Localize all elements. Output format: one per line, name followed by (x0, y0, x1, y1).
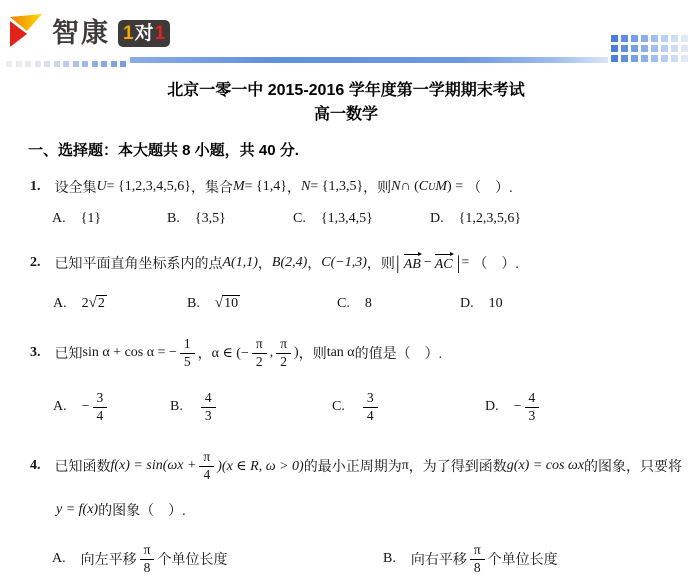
q1-text4: ，则 (363, 177, 391, 197)
q1-var-u: U (97, 179, 107, 195)
q4-text4: 的图象，只要将 (584, 456, 682, 476)
q1-option-b: B.{3,5} (167, 211, 293, 227)
q3-answer-blank: 的值是（ ）. (355, 343, 443, 363)
q1-text: 设全集 (55, 177, 97, 197)
q3-text: 已知 (55, 343, 83, 363)
q4-text: 已知函数 (55, 456, 111, 476)
q3-option-a: A.−34 (53, 391, 170, 422)
option-value: {1,3,4,5} (321, 211, 373, 227)
q4-domain: )(x ∈ R, ω > 0) (217, 458, 303, 475)
header-rule (130, 57, 608, 63)
q2-option-a: A.2√2 (53, 295, 187, 312)
option-value: 8 (365, 296, 372, 312)
badge-digit-2: 1 (155, 24, 166, 43)
question-2-number: 2. (30, 255, 41, 271)
option-label: A. (52, 211, 66, 227)
option-coeff: 2 (82, 296, 89, 312)
exam-subtitle: 高一数学 (0, 101, 692, 124)
fraction-numerator: 4 (201, 391, 216, 407)
q3-interval-open: α ∈ (− (212, 345, 249, 362)
q4-text2: 的最小正周期为 (304, 456, 402, 476)
option-value: {1} (81, 211, 101, 227)
option-value: {3,5} (195, 211, 226, 227)
fraction: π8 (140, 543, 155, 574)
fraction-denominator: 5 (184, 354, 191, 369)
option-label: A. (53, 399, 67, 415)
q1-var-n: N (301, 179, 310, 195)
sqrt-expression: √10 (215, 295, 240, 312)
exam-title: 北京一零一中 2015-2016 学年度第一学期期末考试 (0, 77, 692, 100)
question-4-options: A.向左平移π8个单位长度 B.向右平移π8个单位长度 (0, 539, 692, 579)
option-text: 个单位长度 (157, 549, 227, 569)
fraction-numerator: π (252, 337, 267, 353)
q3-option-d: D.−43 (485, 391, 692, 422)
deco-dots (6, 57, 128, 73)
fraction-denominator: 2 (256, 354, 263, 369)
q2-text2: ， (258, 253, 272, 273)
question-2-options: A.2√2 B.√10 C.8 D.10 (0, 295, 692, 312)
q1-var-c: C (419, 179, 428, 195)
fraction-numerator: π (276, 337, 291, 353)
q1-text2: ，集合 (191, 177, 233, 197)
q4-answer-blank: 的图象（ ）. (98, 500, 186, 520)
badge-char: 对 (135, 24, 154, 43)
q4-text3: ，为了得到函数 (409, 456, 507, 476)
q1-eq: ) = (447, 179, 463, 195)
fraction: π2 (276, 337, 291, 368)
option-label: B. (187, 296, 200, 312)
sqrt-value: 10 (222, 295, 240, 312)
q4-option-b: B.向右平移π8个单位长度 (383, 543, 692, 574)
question-4: 4. 已知函数 f(x) = sin(ωx +π4)(x ∈ R, ω > 0)… (30, 445, 688, 487)
option-label: B. (170, 399, 183, 415)
option-label: B. (167, 211, 180, 227)
q1-var-m: M (233, 179, 245, 195)
option-text: 个单位长度 (488, 549, 558, 569)
fraction-numerator: 1 (180, 337, 195, 353)
sqrt-expression: √2 (89, 295, 107, 312)
q2-answer-blank: （ ）. (473, 253, 519, 273)
question-3: 3. 已知 sin α + cos α = −15， α ∈ (−π2,π2)，… (30, 333, 688, 373)
q1-var-n2: N (391, 179, 400, 195)
q1-set-u: = {1,2,3,4,5,6} (107, 179, 191, 195)
option-label: D. (460, 296, 474, 312)
option-label: A. (53, 296, 67, 312)
option-label: B. (383, 551, 396, 567)
fraction: 15 (180, 337, 195, 368)
q4-y-equals: y = f(x) (56, 502, 98, 518)
question-3-number: 3. (30, 345, 41, 361)
fraction: 43 (525, 391, 540, 422)
option-sign: − (82, 399, 90, 415)
fraction-numerator: π (199, 450, 214, 466)
fraction-denominator: 8 (474, 560, 481, 575)
q3-equation: sin α + cos α = − (83, 345, 177, 361)
q3-text2: ， (198, 343, 212, 363)
option-value: 10 (489, 296, 503, 312)
fraction: 34 (93, 391, 108, 422)
option-text: 向右平移 (411, 549, 467, 569)
question-3-options: A.−34 B.43 C.34 D.−43 (0, 388, 692, 426)
q2-point-a: A(1,1) (223, 255, 258, 271)
sqrt-value: 2 (96, 295, 107, 312)
fraction: 34 (363, 391, 378, 422)
fraction-numerator: 4 (525, 391, 540, 407)
badge-digit-1: 1 (123, 24, 134, 43)
q1-option-a: A.{1} (52, 211, 167, 227)
q2-option-c: C.8 (337, 295, 460, 312)
q2-point-b: B(2,4) (272, 255, 307, 271)
q1-option-c: C.{1,3,4,5} (293, 211, 430, 227)
option-value: {1,2,3,5,6} (459, 211, 521, 227)
question-1-number: 1. (30, 179, 41, 195)
q2-abs-bar: | (457, 254, 461, 273)
q2-minus: − (424, 255, 432, 271)
option-label: A. (52, 551, 66, 567)
q4-option-a: A.向左平移π8个单位长度 (52, 543, 383, 574)
fraction: π4 (199, 450, 214, 481)
deco-grid (611, 35, 691, 68)
q2-vector-ab: AB (404, 254, 421, 272)
option-label: C. (332, 399, 345, 415)
badge-1on1: 1 对 1 (118, 20, 170, 47)
q4-pi: π (402, 458, 409, 474)
question-1-options: A.{1} B.{3,5} C.{1,3,4,5} D.{1,2,3,5,6} (0, 211, 692, 227)
fraction-denominator: 4 (367, 408, 374, 423)
q2-vector-ac: AC (435, 254, 453, 272)
fraction: π2 (252, 337, 267, 368)
brand-text: 智康 (52, 20, 110, 47)
question-4-continued: y = f(x) 的图象（ ）. (30, 500, 688, 520)
q2-option-b: B.√10 (187, 295, 337, 312)
q2-eq: = (461, 255, 469, 271)
q2-abs-bar: | (396, 254, 400, 273)
question-1: 1. 设全集 U = {1,2,3,4,5,6}，集合 M = {1,4}， N… (30, 177, 688, 197)
fraction-numerator: 3 (363, 391, 378, 407)
q2-text3: ， (307, 253, 321, 273)
option-text: 向左平移 (81, 549, 137, 569)
option-sign: − (514, 399, 522, 415)
fraction-denominator: 8 (144, 560, 151, 575)
fraction-denominator: 4 (203, 467, 210, 482)
q2-text: 已知平面直角坐标系内的点 (55, 253, 223, 273)
q4-function-g: g(x) = cos ωx (507, 458, 584, 474)
option-label: C. (293, 211, 306, 227)
fraction-numerator: 3 (93, 391, 108, 407)
option-label: D. (485, 399, 499, 415)
fraction-numerator: π (470, 543, 485, 559)
option-label: C. (337, 296, 350, 312)
section-heading: 一、选择题：本大题共 8 小题，共 40 分. (28, 139, 299, 160)
fraction-denominator: 3 (529, 408, 536, 423)
q3-comma: , (270, 345, 274, 361)
fraction-numerator: π (140, 543, 155, 559)
question-4-number: 4. (30, 458, 41, 474)
brand-icon (8, 13, 44, 54)
q2-option-d: D.10 (460, 295, 692, 312)
fraction: 43 (201, 391, 216, 422)
option-label: D. (430, 211, 444, 227)
q1-var-m2: M (435, 179, 447, 195)
question-2: 2. 已知平面直角坐标系内的点 A(1,1)， B(2,4)， C(−1,3)，… (30, 250, 688, 276)
q3-tan: tan α (327, 345, 355, 361)
exam-page: 智康 1 对 1 (0, 0, 692, 583)
q2-point-c: C(−1,3) (321, 255, 367, 271)
q1-answer-blank: （ ）. (467, 177, 513, 197)
q3-text3: ，则 (299, 343, 327, 363)
logo: 智康 1 对 1 (8, 13, 170, 54)
q3-option-c: C.34 (332, 391, 485, 422)
q1-set-m: = {1,4} (245, 179, 287, 195)
q1-op: ∩ ( (401, 179, 419, 195)
fraction-denominator: 4 (97, 408, 104, 423)
q1-text3: ， (287, 177, 301, 197)
q2-text4: ，则 (367, 253, 395, 273)
fraction-denominator: 3 (205, 408, 212, 423)
fraction: π8 (470, 543, 485, 574)
q1-set-n: = {1,3,5} (310, 179, 363, 195)
q1-option-d: D.{1,2,3,5,6} (430, 211, 692, 227)
fraction-denominator: 2 (280, 354, 287, 369)
q4-function-f: f(x) = sin(ωx + (111, 458, 197, 474)
q3-option-b: B.43 (170, 391, 332, 422)
